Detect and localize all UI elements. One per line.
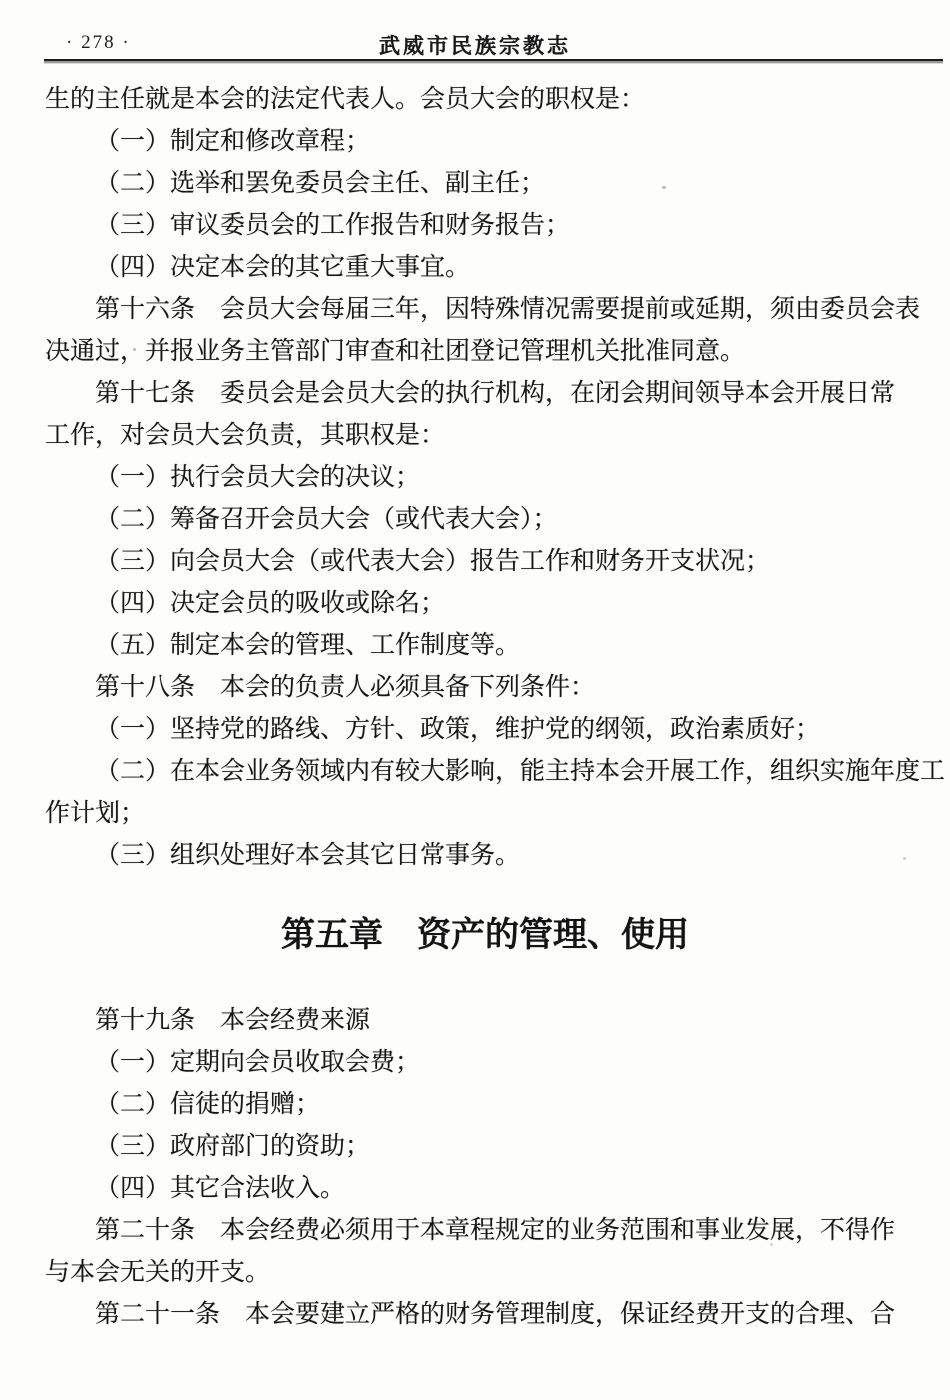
text-line: （一）执行会员大会的决议； [45, 457, 925, 499]
text-line: 工作，对会员大会负责，其职权是： [45, 415, 925, 457]
text-line: 第十六条 会员大会每届三年，因特殊情况需要提前或延期，须由委员会表 [45, 289, 925, 331]
text-line: 作计划； [45, 793, 925, 835]
text-line: （四）其它合法收入。 [45, 1168, 925, 1210]
text-line: 第二十条 本会经费必须用于本章程规定的业务范围和事业发展，不得作 [45, 1210, 925, 1252]
text-line: 与本会无关的开支。 [45, 1252, 925, 1294]
text-line: 第二十一条 本会要建立严格的财务管理制度，保证经费开支的合理、合 [45, 1294, 925, 1336]
document-page: · 278 · 武威市民族宗教志 生的主任就是本会的法定代表人。会员大会的职权是… [0, 0, 950, 1400]
text-line: （一）制定和修改章程； [45, 121, 925, 163]
text-line: （四）决定会员的吸收或除名； [45, 583, 925, 625]
header-rule [44, 59, 943, 63]
text-line: 生的主任就是本会的法定代表人。会员大会的职权是： [45, 79, 925, 121]
text-line: （一）坚持党的路线、方针、政策，维护党的纲领，政治素质好； [45, 709, 925, 751]
text-line: （一）定期向会员收取会费； [45, 1042, 925, 1084]
text-line: （三）向会员大会（或代表大会）报告工作和财务开支状况； [45, 541, 925, 583]
text-line: （二）选举和罢免委员会主任、副主任； [45, 163, 925, 205]
text-line: （三）审议委员会的工作报告和财务报告； [45, 205, 925, 247]
text-line: 第十九条 本会经费来源 [45, 1000, 925, 1042]
text-line: （二）在本会业务领域内有较大影响，能主持本会开展工作，组织实施年度工 [45, 751, 925, 793]
page-body: 生的主任就是本会的法定代表人。会员大会的职权是： （一）制定和修改章程； （二）… [45, 79, 925, 1336]
text-line: （五）制定本会的管理、工作制度等。 [45, 625, 925, 667]
text-line: （四）决定本会的其它重大事宜。 [45, 247, 925, 289]
text-line: 第十七条 委员会是会员大会的执行机构，在闭会期间领导本会开展日常 [45, 373, 925, 415]
text-line: 决通过，并报业务主管部门审查和社团登记管理机关批准同意。 [45, 331, 925, 373]
chapter-heading: 第五章 资产的管理、使用 [45, 906, 925, 966]
text-line: （三）政府部门的资助； [45, 1126, 925, 1168]
text-line: （二）筹备召开会员大会（或代表大会）； [45, 499, 925, 541]
text-line: （三）组织处理好本会其它日常事务。 [45, 835, 925, 877]
book-title: 武威市民族宗教志 [0, 30, 950, 60]
text-line: （二）信徒的捐赠； [45, 1084, 925, 1126]
text-line: 第十八条 本会的负责人必须具备下列条件： [45, 667, 925, 709]
